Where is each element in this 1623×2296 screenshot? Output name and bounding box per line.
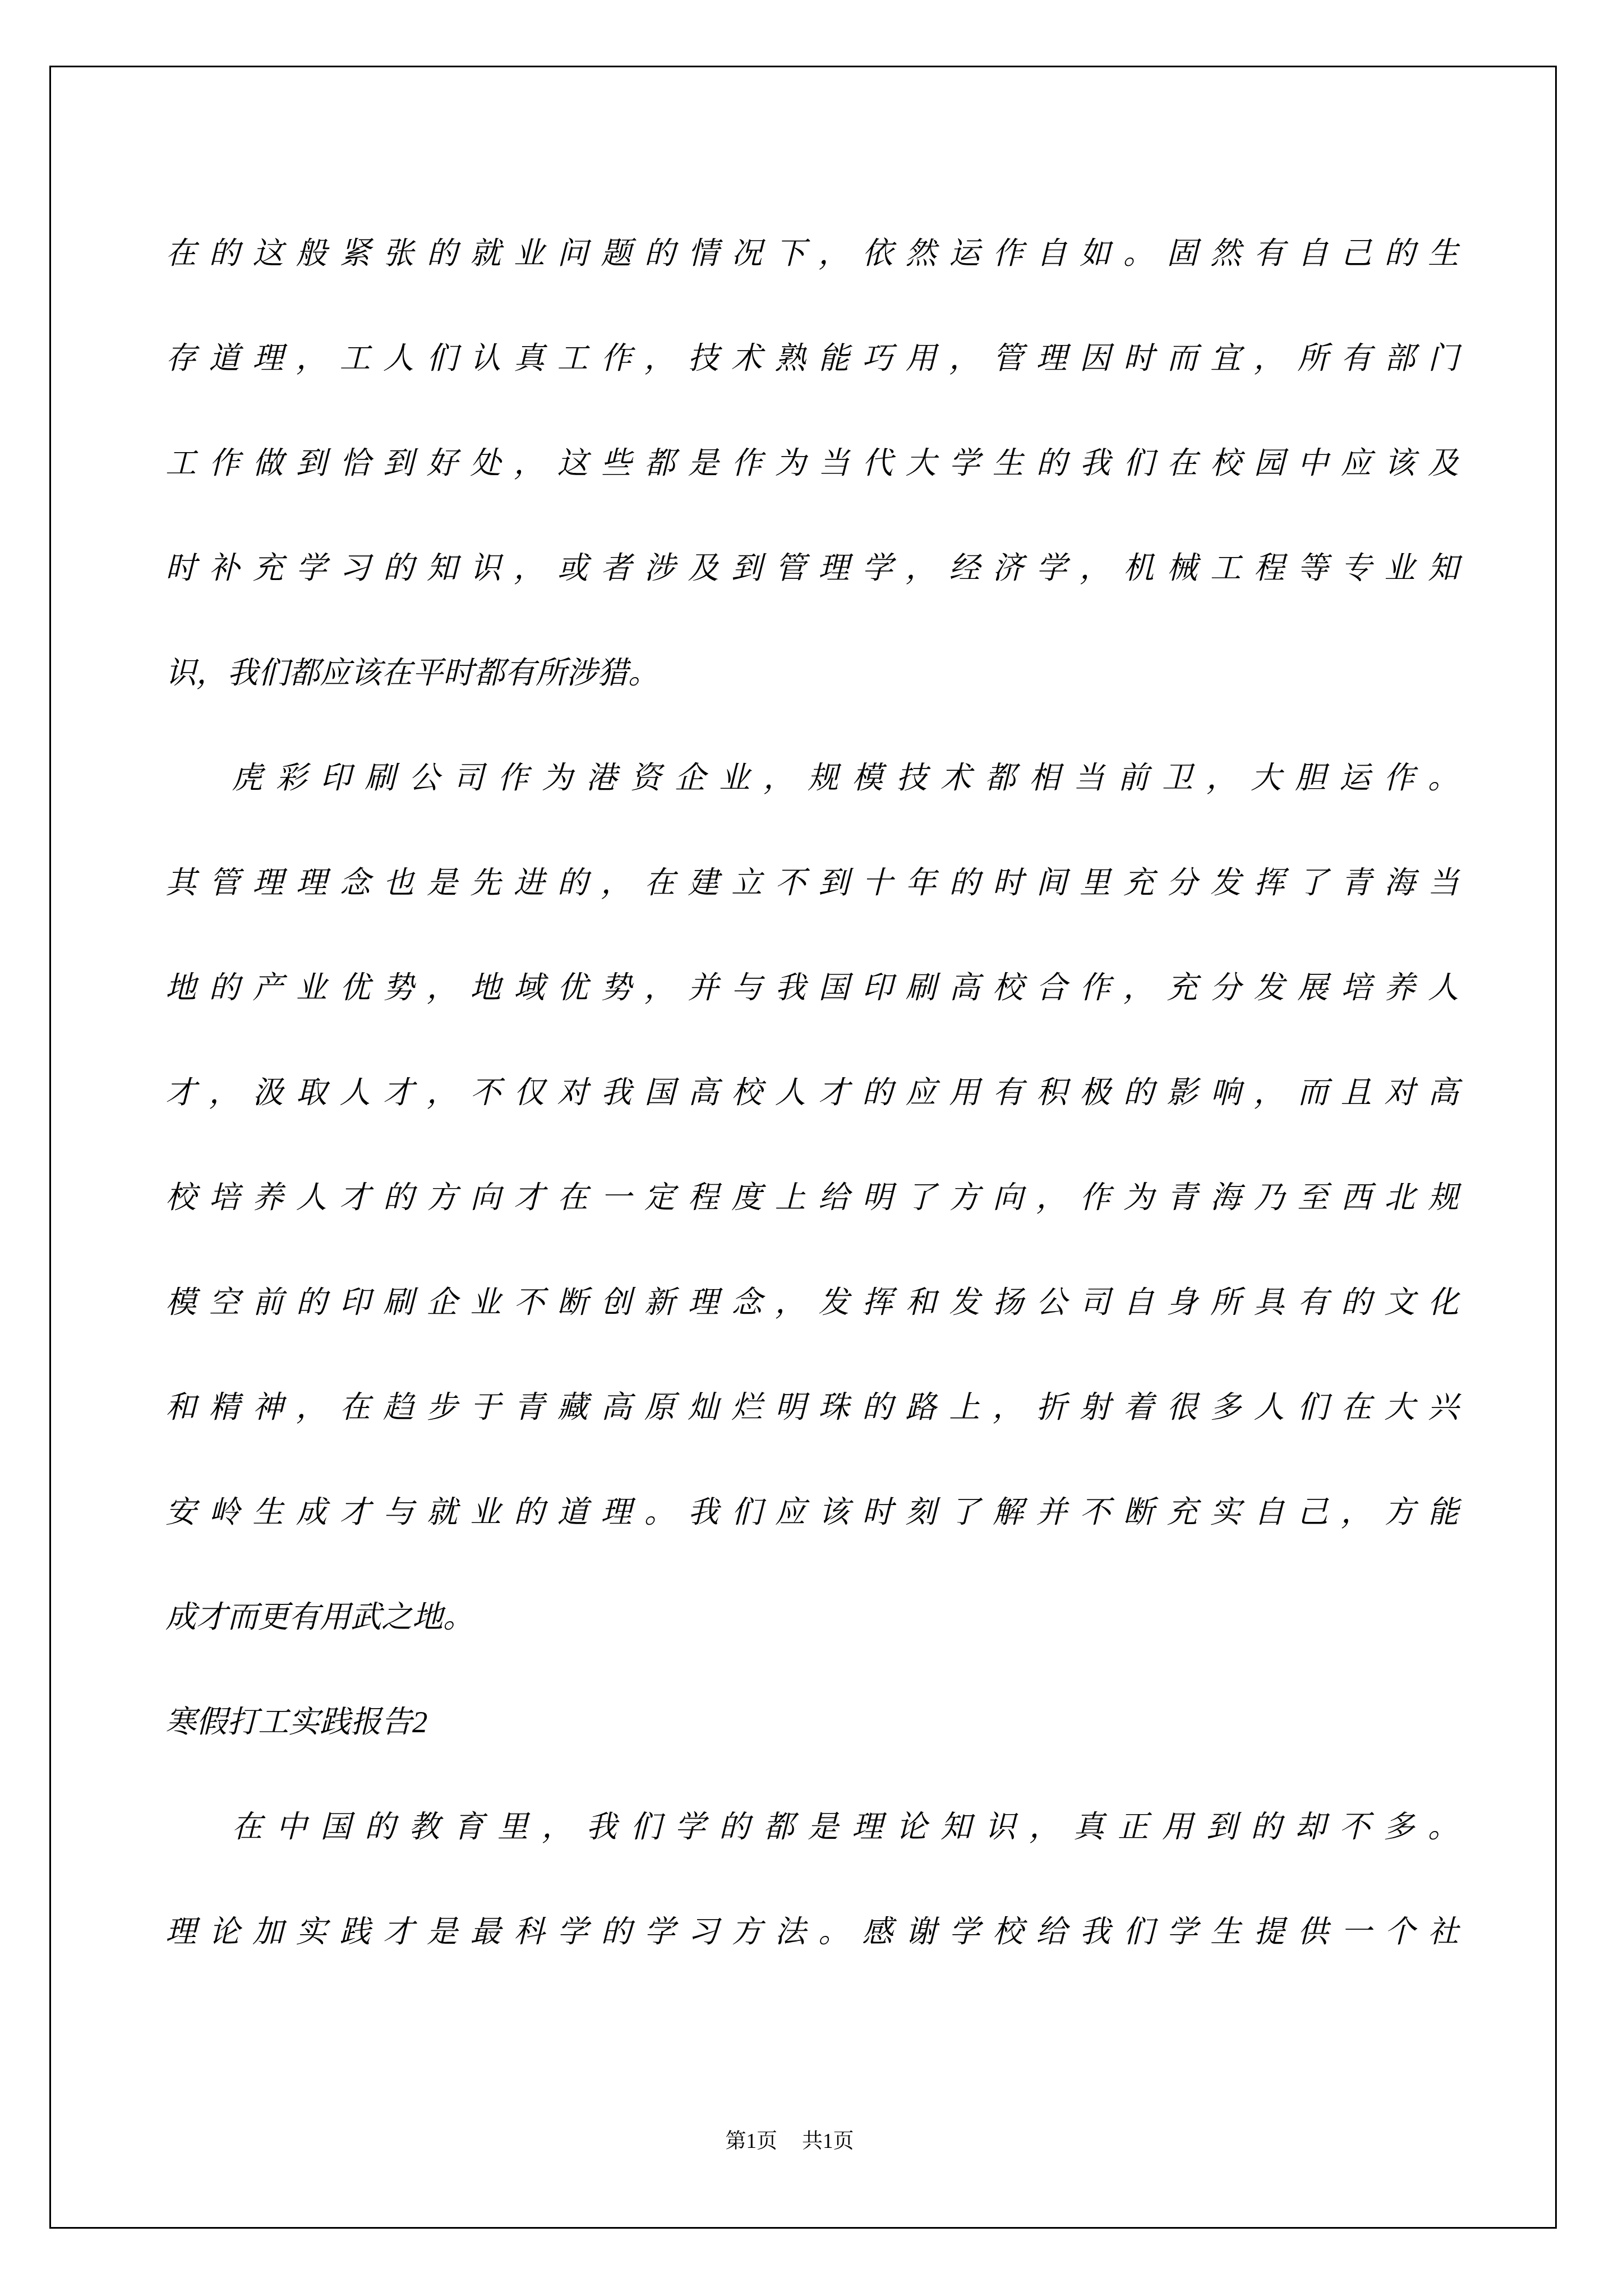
body-line: 理论加实践才是最科学的学习方法。感谢学校给我们学生提供一个社 [165,1879,1459,1984]
body-line: 才，汲取人才，不仅对我国高校人才的应用有积极的影响，而且对高 [165,1040,1459,1145]
page-footer: 第1页共1页 [726,2125,854,2159]
body-line: 存道理，工人们认真工作，技术熟能巧用，管理因时而宜，所有部门 [165,306,1459,411]
body-line: 校培养人才的方向才在一定程度上给明了方向，作为青海乃至西北规 [165,1145,1459,1250]
section-heading: 寒假打工实践报告2 [165,1669,1459,1774]
body-line: 识，我们都应该在平时都有所涉猎。 [165,620,1459,725]
footer-page-number: 第1页 [726,2130,778,2153]
document-page: 在的这般紧张的就业问题的情况下，依然运作自如。固然有自己的生 存道理，工人们认真… [0,0,1623,2296]
document-content: 在的这般紧张的就业问题的情况下，依然运作自如。固然有自己的生 存道理，工人们认真… [165,201,1459,1984]
body-line: 工作做到恰到好处，这些都是作为当代大学生的我们在校园中应该及 [165,411,1459,516]
footer-page-count: 共1页 [802,2130,854,2153]
body-line: 成才而更有用武之地。 [165,1565,1459,1669]
body-line: 时补充学习的知识，或者涉及到管理学，经济学，机械工程等专业知 [165,516,1459,620]
body-line: 在的这般紧张的就业问题的情况下，依然运作自如。固然有自己的生 [165,201,1459,306]
body-line: 其管理理念也是先进的，在建立不到十年的时间里充分发挥了青海当 [165,830,1459,935]
body-line: 在中国的教育里，我们学的都是理论知识，真正用到的却不多。 [165,1774,1459,1879]
body-line: 和精神，在趋步于青藏高原灿烂明珠的路上，折射着很多人们在大兴 [165,1355,1459,1460]
body-line: 安岭生成才与就业的道理。我们应该时刻了解并不断充实自己，方能 [165,1460,1459,1565]
body-line: 模空前的印刷企业不断创新理念，发挥和发扬公司自身所具有的文化 [165,1250,1459,1355]
body-line: 虎彩印刷公司作为港资企业，规模技术都相当前卫，大胆运作。 [165,725,1459,830]
body-line: 地的产业优势，地域优势，并与我国印刷高校合作，充分发展培养人 [165,935,1459,1040]
